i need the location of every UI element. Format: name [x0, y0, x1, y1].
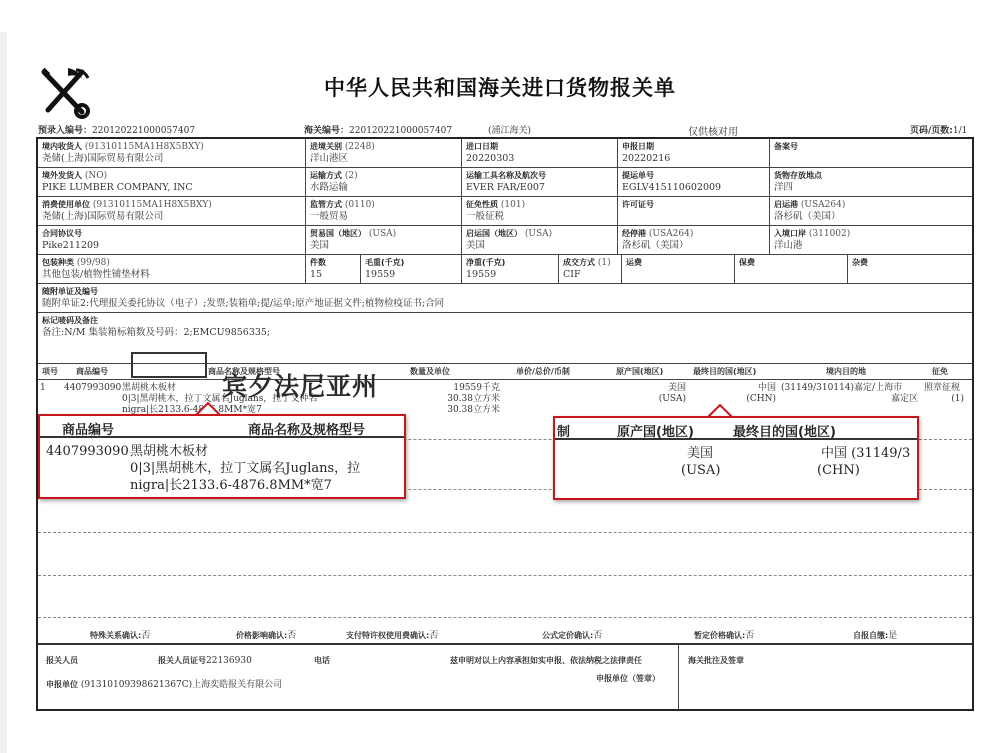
field-trade-country: 贸易国（地区） (USA) 美国: [306, 226, 462, 255]
field-deal-mode: 成交方式 (1) CIF: [559, 255, 622, 284]
seal-label: 申报单位（签章）: [596, 673, 660, 684]
callout-goods-detail: 商品编号 商品名称及规格型号 4407993090 黑胡桃木板材 0|3|黑胡桃…: [38, 414, 406, 499]
field-storage-place: 货物存放地点 洋四: [770, 168, 972, 197]
page-edge: [0, 32, 7, 753]
field-entry-port: 入境口岸 (311002) 洋山港: [770, 226, 972, 255]
field-pieces: 件数 15: [306, 255, 361, 284]
field-gross-weight: 毛重(千克) 19559: [361, 255, 462, 284]
confirm-self-declare: 自报自缴:是: [853, 628, 897, 641]
document-title: 中华人民共和国海关进口货物报关单: [300, 72, 700, 102]
customs-number: 海关编号：220120221000057407: [304, 123, 452, 136]
field-supervision: 监管方式 (0110) 一般贸易: [306, 197, 462, 226]
confirm-special-relation: 特殊关系确认:否: [90, 628, 150, 641]
confirm-formula-pricing: 公式定价确认:否: [542, 628, 602, 641]
field-declare-date: 申报日期 20220216: [618, 139, 770, 168]
field-consignor: 境外发货人 (NO) PIKE LUMBER COMPANY, INC: [38, 168, 306, 197]
customs-office: (浦江海关): [488, 123, 531, 136]
field-contract-no: 合同协议号 Pike211209: [38, 226, 306, 255]
field-departure-port: 启运港 (USA264) 洛杉矶（美国）: [770, 197, 972, 226]
field-origin-country: 启运国（地区） (USA) 美国: [462, 226, 618, 255]
customs-seal-label: 海关批注及签章: [688, 655, 744, 666]
field-entry-customs: 进境关别 (2248) 洋山港区: [306, 139, 462, 168]
field-record-no: 备案号: [770, 139, 972, 168]
legal-statement: 兹申明对以上内容承担如实申报、依法纳税之法律责任: [450, 655, 642, 666]
customs-emblem-icon: [38, 64, 94, 120]
field-misc-fee: 杂费: [848, 255, 972, 284]
callout-origin-destination: 制 原产国(地区) 最终目的国(地区) 美国 (USA) 中国 (31149/3…: [553, 416, 919, 500]
confirm-royalty: 支付特许权使用费确认:否: [346, 628, 438, 641]
declarant-cert: 报关人员证号22136930: [158, 655, 252, 666]
field-import-date: 进口日期 20220303: [462, 139, 618, 168]
field-attached-docs: 随附单证及编号 随附单证2:代理报关委托协议（电子）;发票;装箱单;提/运单;原…: [38, 284, 972, 313]
field-levy-nature: 征免性质 (101) 一般征税: [462, 197, 618, 226]
field-stop-port: 经停港 (USA264) 洛杉矶（美国）: [618, 226, 770, 255]
field-consumer: 消费使用单位 (91310115MA1H8X5BXY) 尧储(上海)国际贸易有限…: [38, 197, 306, 226]
annotation-empty-box: [131, 352, 207, 378]
field-vessel: 运输工具名称及航次号 EVER FAR/E007: [462, 168, 618, 197]
declarant-label: 报关人员: [46, 655, 78, 666]
field-bill-no: 提运单号 EGLV415110602009: [618, 168, 770, 197]
field-freight: 运费: [622, 255, 735, 284]
field-net-weight: 净重(千克) 19559: [462, 255, 559, 284]
declare-unit: 申报单位 (91310109398621367C)上海奕皓报关有限公司: [46, 677, 282, 690]
field-license-no: 许可证号: [618, 197, 770, 226]
field-insurance: 保费: [735, 255, 848, 284]
confirm-provisional-price: 暂定价格确认:否: [694, 628, 754, 641]
phone-label: 电话: [314, 655, 330, 666]
verify-note: 仅供核对用: [688, 123, 738, 138]
confirm-price-influence: 价格影响确认:否: [236, 628, 296, 641]
annotation-region-text: 宾夕法尼亚州: [222, 367, 378, 403]
pre-entry-number: 预录入编号：220120221000057407: [38, 123, 195, 136]
field-transport-mode: 运输方式 (2) 水路运输: [306, 168, 462, 197]
field-consignee: 境内收货人 (91310115MA1H8X5BXY) 尧储(上海)国际贸易有限公…: [38, 139, 306, 168]
field-package-type: 包装种类 (99/98) 其他包装/植物性铺垫材料: [38, 255, 306, 284]
page-indicator: 页码/页数:1/1: [910, 123, 967, 136]
